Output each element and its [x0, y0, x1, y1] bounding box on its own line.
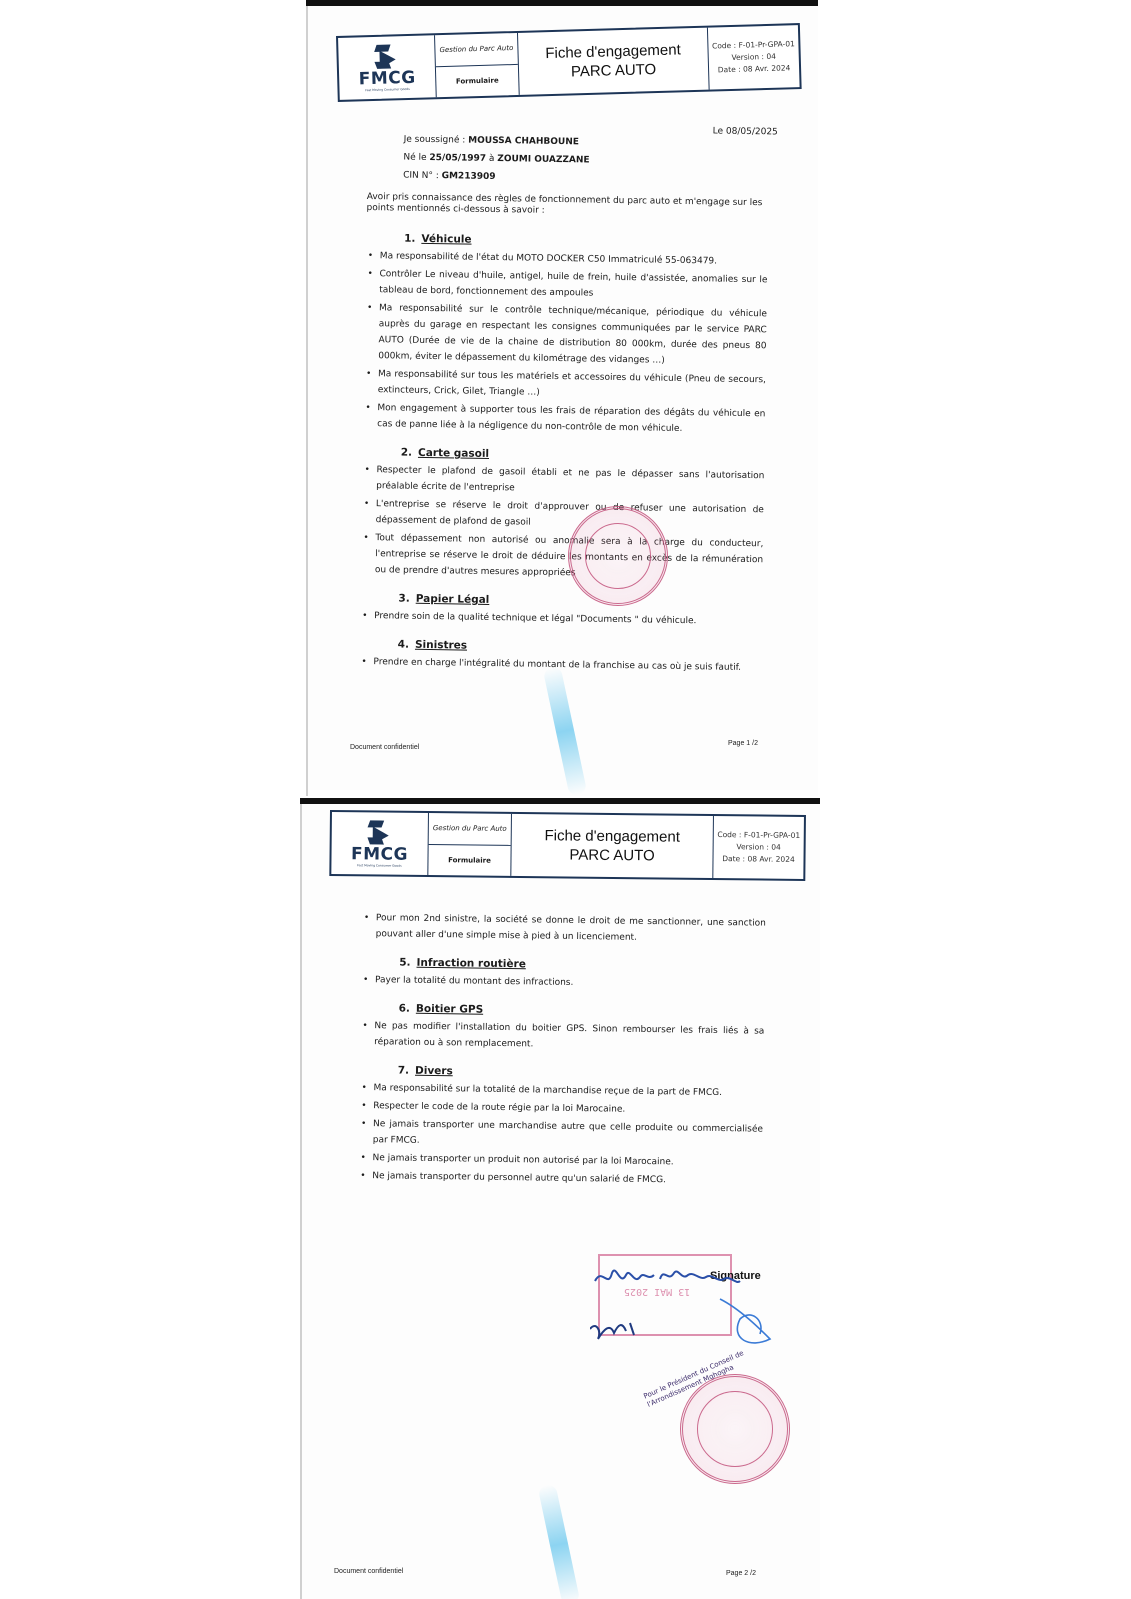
doc-type-label: Formulaire	[436, 64, 519, 97]
logo-tagline: Fast Moving Consumer Goods	[357, 863, 402, 867]
logo-tagline: Fast Moving Consumer Goods	[365, 86, 410, 91]
page-number: Page 2 /2	[726, 1570, 756, 1577]
list-item: Ma responsabilité sur le contrôle techni…	[364, 300, 767, 370]
doc-version: Version : 04	[736, 841, 781, 853]
sections-list: 1.VéhiculeMa responsabilité de l'état du…	[359, 230, 768, 676]
document-page-1: FMCG Fast Moving Consumer Goods Gestion …	[306, 0, 818, 796]
doc-code-block: Code : F-01-Pr-GPA-01 Version : 04 Date …	[713, 816, 804, 879]
doc-date: Date : 08 Avr. 2024	[718, 62, 791, 76]
official-stamp-round	[568, 506, 668, 606]
list-item: Tout dépassement non autorisé ou anomali…	[361, 530, 764, 584]
form-title: Fiche d'engagement PARC AUTO	[511, 814, 714, 878]
logo-arrow-icon	[373, 44, 400, 69]
section-title: Divers	[415, 1065, 453, 1078]
cin-number: GM213909	[442, 171, 496, 182]
doc-code-block: Code : F-01-Pr-GPA-01 Version : 04 Date …	[708, 25, 800, 89]
form-header: FMCG Fast Moving Consumer Goods Gestion …	[336, 23, 802, 102]
sections-list: 5.Infraction routièrePayer la totalité d…	[358, 954, 765, 1190]
logo-text: FMCG	[351, 846, 408, 864]
section-title: Infraction routière	[416, 957, 525, 971]
section-number: 1.	[404, 233, 415, 245]
birth-place: ZOUMI OUAZZANE	[497, 154, 589, 165]
logo-text: FMCG	[358, 69, 415, 88]
doc-type-label: Formulaire	[428, 845, 510, 876]
section-number: 4.	[398, 639, 409, 651]
page-number: Page 1 /2	[728, 740, 758, 747]
title-line-2: PARC AUTO	[571, 60, 657, 81]
section-title: Boitier GPS	[416, 1003, 483, 1016]
birth-date: 25/05/1997	[429, 153, 486, 164]
official-stamp-round	[680, 1374, 790, 1484]
section-items: Ma responsabilité de l'état du MOTO DOCK…	[363, 248, 768, 438]
page-2-body: Pour mon 2nd sinistre, la société se don…	[358, 910, 766, 1192]
section-number: 6.	[399, 1003, 410, 1015]
company-logo: FMCG Fast Moving Consumer Goods	[338, 35, 437, 100]
logo-arrow-icon	[367, 820, 393, 844]
page-1-body: Le 08/05/2025 Je soussigné : MOUSSA CHAH…	[359, 118, 770, 678]
born-at-label: à	[486, 154, 497, 164]
document-page-2: FMCG Fast Moving Consumer Goods Gestion …	[300, 798, 820, 1599]
section-number: 5.	[399, 957, 410, 969]
doc-date: Date : 08 Avr. 2024	[722, 853, 795, 866]
list-item: Pour mon 2nd sinistre, la société se don…	[362, 910, 766, 948]
continuation-list: Pour mon 2nd sinistre, la société se don…	[362, 910, 766, 948]
scan-artifact	[538, 1483, 581, 1599]
section-title: Sinistres	[415, 639, 467, 652]
title-line-1: Fiche d'engagement	[544, 826, 680, 846]
section-items: Ma responsabilité sur la totalité de la …	[358, 1080, 763, 1190]
identity-block: Je soussigné : MOUSSA CHAHBOUNE Né le 25…	[367, 130, 770, 190]
cin-label: CIN N° :	[403, 171, 442, 182]
name-label: Je soussigné :	[404, 135, 469, 146]
intro-paragraph: Avoir pris connaissance des règles de fo…	[366, 192, 768, 220]
section-items: Ne pas modifier l'installation du boitie…	[360, 1018, 764, 1056]
title-line-2: PARC AUTO	[569, 846, 655, 866]
department-label: Gestion du Parc Auto	[435, 33, 518, 67]
section-number: 7.	[398, 1065, 409, 1077]
footer-confidential: Document confidentiel	[350, 744, 419, 751]
section-items: Respecter le plafond de gasoil établi et…	[361, 462, 765, 584]
section-title: Papier Légal	[416, 593, 490, 606]
list-item: L'entreprise se réserve le droit d'appro…	[362, 496, 764, 534]
department-label: Gestion du Parc Auto	[429, 813, 511, 845]
title-line-1: Fiche d'engagement	[545, 40, 681, 63]
list-item: Ma responsabilité sur tous les matériels…	[364, 366, 766, 404]
list-item: Payer la totalité du montant des infract…	[361, 972, 765, 994]
section-number: 3.	[398, 593, 409, 605]
list-item: Ne jamais transporter une marchandise au…	[359, 1116, 763, 1154]
doc-code: Code : F-01-Pr-GPA-01	[717, 829, 800, 842]
section-title: Véhicule	[421, 233, 471, 246]
form-header: FMCG Fast Moving Consumer Goods Gestion …	[329, 810, 806, 881]
list-item: Contrôler Le niveau d'huile, antigel, hu…	[365, 266, 767, 304]
section-number: 2.	[401, 447, 412, 459]
list-item: Mon engagement à supporter tous les frai…	[363, 400, 765, 438]
form-title: Fiche d'engagement PARC AUTO	[518, 28, 710, 95]
company-logo: FMCG Fast Moving Consumer Goods	[331, 812, 429, 875]
list-item: Ne pas modifier l'installation du boitie…	[360, 1018, 764, 1056]
employee-name: MOUSSA CHAHBOUNE	[468, 136, 579, 148]
list-item: Ne jamais transporter du personnel autre…	[358, 1168, 762, 1190]
section-items: Payer la totalité du montant des infract…	[361, 972, 765, 994]
scan-artifact	[543, 666, 588, 797]
born-label: Né le	[403, 153, 429, 163]
section-title: Carte gasoil	[418, 447, 489, 460]
footer-confidential: Document confidentiel	[334, 1568, 403, 1575]
list-item: Respecter le plafond de gasoil établi et…	[362, 462, 764, 500]
